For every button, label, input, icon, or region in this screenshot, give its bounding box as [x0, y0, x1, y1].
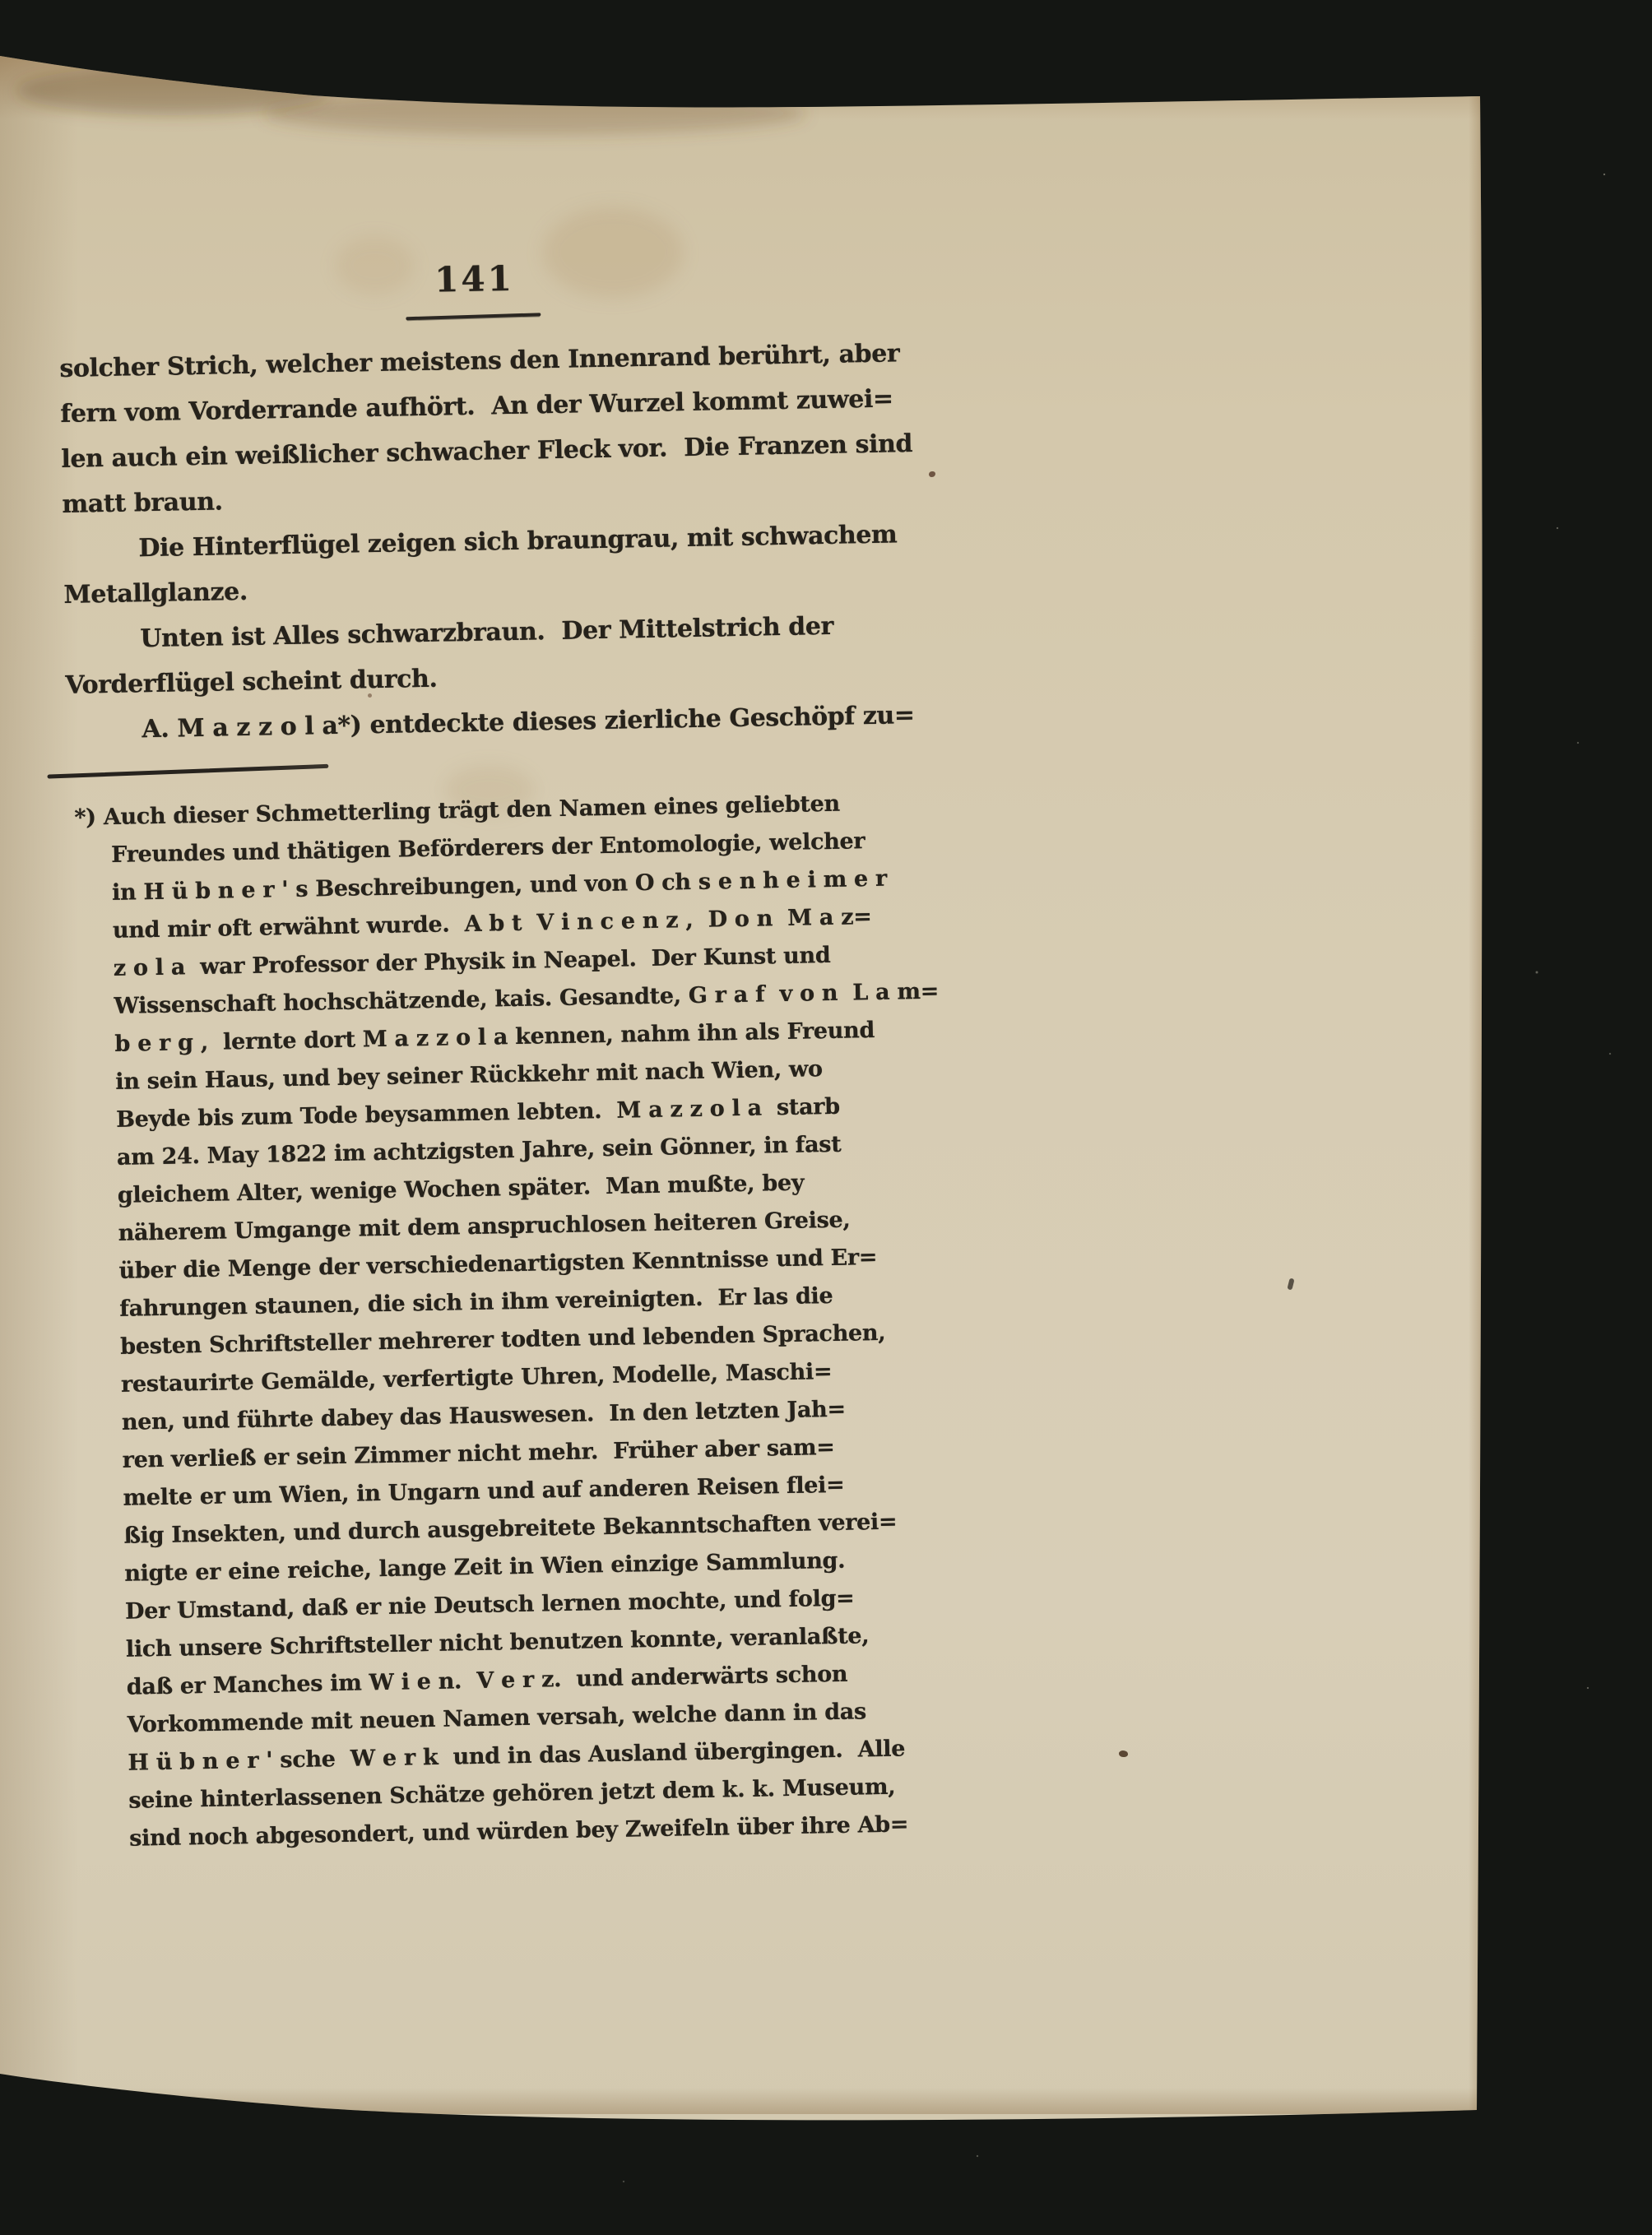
printed-page-content: 141 solcher Strich, welcher meistens den… — [0, 0, 1652, 2235]
scanner-background: 141 solcher Strich, welcher meistens den… — [0, 0, 1652, 2235]
main-text-block: solcher Strich, welcher meistens den Inn… — [59, 331, 914, 754]
footnote-separator-rule — [47, 764, 328, 779]
footnote-text-block: *) Auch dieser Schmetterling trägt den N… — [110, 784, 919, 1857]
page-number-rule — [406, 313, 541, 320]
page-number: 141 — [434, 258, 515, 300]
